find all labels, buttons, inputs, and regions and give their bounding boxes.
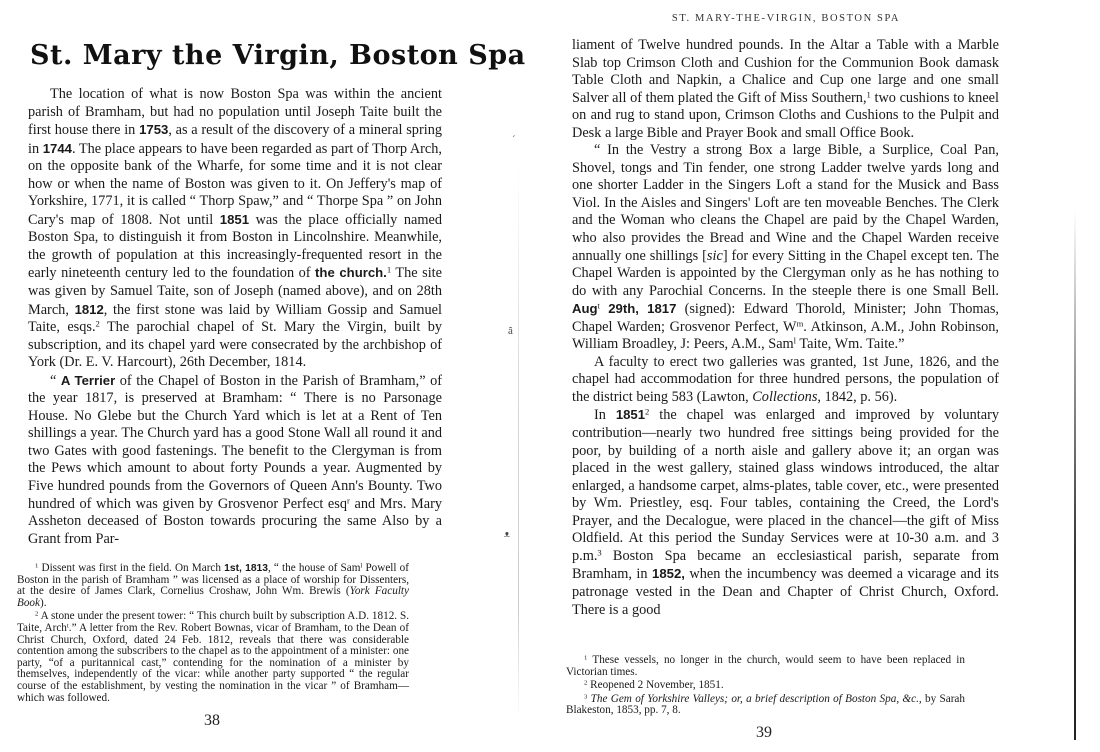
footnote-marker: 1 (387, 265, 391, 275)
scan-speck: ᴥ (504, 528, 510, 540)
paragraph: In 18512 the chapel was enlarged and imp… (572, 406, 999, 619)
paragraph: “ A Terrier of the Chapel of Boston in t… (28, 372, 442, 548)
paragraph: 2 Reopened 2 November, 1851. (566, 680, 965, 692)
page-number: 38 (204, 712, 220, 730)
page-edge-shadow (1074, 210, 1076, 740)
left-page: St. Mary the Virgin, Boston Spa The loca… (0, 0, 550, 752)
paragraph: “ In the Vestry a strong Box a large Bib… (572, 142, 999, 354)
paragraph: 1 These vessels, no longer in the church… (566, 655, 965, 678)
gutter-shadow (518, 160, 519, 720)
left-body-text: The location of what is now Boston Spa w… (28, 86, 442, 548)
right-page: St. Mary-the-Virgin, Boston Spa liament … (550, 0, 1100, 752)
footnote-marker: 2 (35, 611, 38, 618)
paragraph: 1 Dissent was first in the field. On Mar… (17, 563, 409, 609)
footnote-marker: 3 (597, 547, 601, 557)
footnote-marker: l (360, 562, 362, 569)
footnote-marker: 2 (584, 680, 587, 687)
footnote-marker: l (794, 336, 796, 346)
paragraph: liament of Twelve hundred pounds. In the… (572, 37, 999, 142)
footnote-marker: 1 (35, 562, 38, 569)
right-footnotes: 1 These vessels, no longer in the church… (566, 655, 965, 719)
footnote-marker: 2 (96, 318, 100, 328)
footnote-marker: 3 (584, 693, 587, 700)
right-body-text: liament of Twelve hundred pounds. In the… (572, 37, 999, 619)
footnote-marker: 1 (584, 654, 587, 661)
scan-speck: ȃ (508, 325, 513, 337)
footnote-marker: t (67, 622, 69, 629)
scan-speck: ˊ (512, 134, 516, 146)
footnote-marker: r (347, 495, 350, 505)
page-number: 39 (756, 724, 772, 742)
running-head: St. Mary-the-Virgin, Boston Spa (670, 13, 902, 24)
footnote-marker: 1 (867, 89, 871, 99)
paragraph: A faculty to erect two galleries was gra… (572, 354, 999, 407)
paragraph: 2 A stone under the present tower: “ Thi… (17, 611, 409, 704)
page-title: St. Mary the Virgin, Boston Spa (30, 40, 442, 71)
footnote-marker: m (797, 318, 804, 328)
left-footnotes: 1 Dissent was first in the field. On Mar… (17, 563, 409, 706)
paragraph: 3 The Gem of Yorkshire Valleys; or, a br… (566, 694, 965, 717)
footnote-marker: 2 (645, 407, 649, 417)
paragraph: The location of what is now Boston Spa w… (28, 86, 442, 372)
